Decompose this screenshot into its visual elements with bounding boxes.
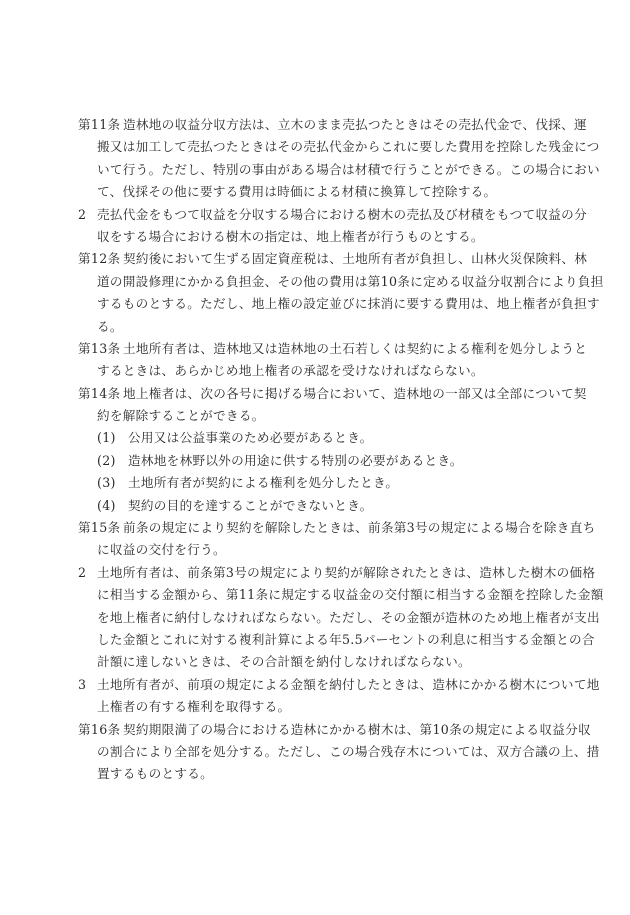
article-line: 第12条契約後において生ずる固定資産税は、土地所有者が負担し、山林火災保険料、林	[78, 248, 558, 270]
article-line: 第13条土地所有者は、造林地又は造林地の土石若しくは契約による権利を処分しようと	[78, 338, 558, 360]
article-14: 第14条地上権者は、次の各号に掲げる場合において、造林地の一部又は全部について契…	[78, 383, 558, 517]
article-number: 第15条	[78, 517, 123, 539]
article-line: 第16条契約期限満了の場合における造林にかかる樹木は、第10条の規定による収益分…	[78, 719, 558, 741]
list-item: (3)土地所有者が契約による権利を処分したとき。	[78, 472, 558, 494]
list-item: (1)公用又は公益事業のため必要があるとき。	[78, 427, 558, 449]
article-number: 第16条	[78, 719, 123, 741]
paragraph-number: 3	[78, 674, 97, 696]
article-line: を地上権者に納付しなければならない。ただし、その金額が造林のため地上権者が支出	[78, 607, 558, 629]
article-line: 計額に達しないときは、その合計額を納付しなければならない。	[78, 651, 558, 673]
article-line: 第11条造林地の収益分収方法は、立木のまま売払つたときはその売払代金で、伐採、運	[78, 114, 558, 136]
item-number: (4)	[97, 495, 128, 517]
article-12: 第12条契約後において生ずる固定資産税は、土地所有者が負担し、山林火災保険料、林…	[78, 248, 558, 338]
paragraph-number: 2	[78, 562, 97, 584]
document-page: 第11条造林地の収益分収方法は、立木のまま売払つたときはその売払代金で、伐採、運…	[78, 114, 558, 786]
article-line: 第14条地上権者は、次の各号に掲げる場合において、造林地の一部又は全部について契	[78, 383, 558, 405]
article-line: 上権者の有する権利を取得する。	[78, 696, 558, 718]
paragraph-number: 2	[78, 204, 97, 226]
paragraph-line: 2土地所有者は、前条第3号の規定により契約が解除されたときは、造林した樹木の価格	[78, 562, 558, 584]
article-16: 第16条契約期限満了の場合における造林にかかる樹木は、第10条の規定による収益分…	[78, 719, 558, 786]
article-line: した金額とこれに対する複利計算による年5.5パーセントの利息に相当する金額との合	[78, 629, 558, 651]
item-number: (2)	[97, 450, 128, 472]
paragraph-line: 3土地所有者が、前項の規定による金額を納付したときは、造林にかかる樹木について地	[78, 674, 558, 696]
article-number: 第12条	[78, 248, 123, 270]
article-number: 第13条	[78, 338, 123, 360]
article-11: 第11条造林地の収益分収方法は、立木のまま売払つたときはその売払代金で、伐採、運…	[78, 114, 558, 248]
article-15: 第15条前条の規定により契約を解除したときは、前条第3号の規定による場合を除き直…	[78, 517, 558, 719]
article-line: る。	[78, 316, 558, 338]
article-line: の割合により全部を処分する。ただし、この場合残存木については、双方合議の上、措	[78, 741, 558, 763]
list-item: (2)造林地を林野以外の用途に供する特別の必要があるとき。	[78, 450, 558, 472]
article-line: 搬又は加工して売払つたときはその売払代金からこれに要した費用を控除した残金につ	[78, 136, 558, 158]
article-line: いて行う。ただし、特別の事由がある場合は材積で行うことができる。この場合におい	[78, 159, 558, 181]
article-line: 約を解除することができる。	[78, 405, 558, 427]
article-line: 道の開設修理にかかる負担金、その他の費用は第10条に定める収益分収割合により負担	[78, 271, 558, 293]
article-line: に収益の交付を行う。	[78, 539, 558, 561]
article-line: するものとする。ただし、地上権の設定並びに抹消に要する費用は、地上権者が負担す	[78, 293, 558, 315]
item-number: (1)	[97, 427, 128, 449]
article-number: 第14条	[78, 383, 123, 405]
paragraph-line: 2売払代金をもつて収益を分収する場合における樹木の売払及び材積をもつて収益の分	[78, 204, 558, 226]
article-13: 第13条土地所有者は、造林地又は造林地の土石若しくは契約による権利を処分しようと…	[78, 338, 558, 383]
article-line: て、伐採その他に要する費用は時価による材積に換算して控除する。	[78, 181, 558, 203]
article-line: 収をする場合における樹木の指定は、地上権者が行うものとする。	[78, 226, 558, 248]
article-line: 第15条前条の規定により契約を解除したときは、前条第3号の規定による場合を除き直…	[78, 517, 558, 539]
item-number: (3)	[97, 472, 128, 494]
article-line: に相当する金額から、第11条に規定する収益金の交付額に相当する金額を控除した金額	[78, 584, 558, 606]
article-line: するときは、あらかじめ地上権者の承認を受けなければならない。	[78, 360, 558, 382]
list-item: (4)契約の目的を達することができないとき。	[78, 495, 558, 517]
article-number: 第11条	[78, 114, 123, 136]
article-line: 置するものとする。	[78, 763, 558, 785]
